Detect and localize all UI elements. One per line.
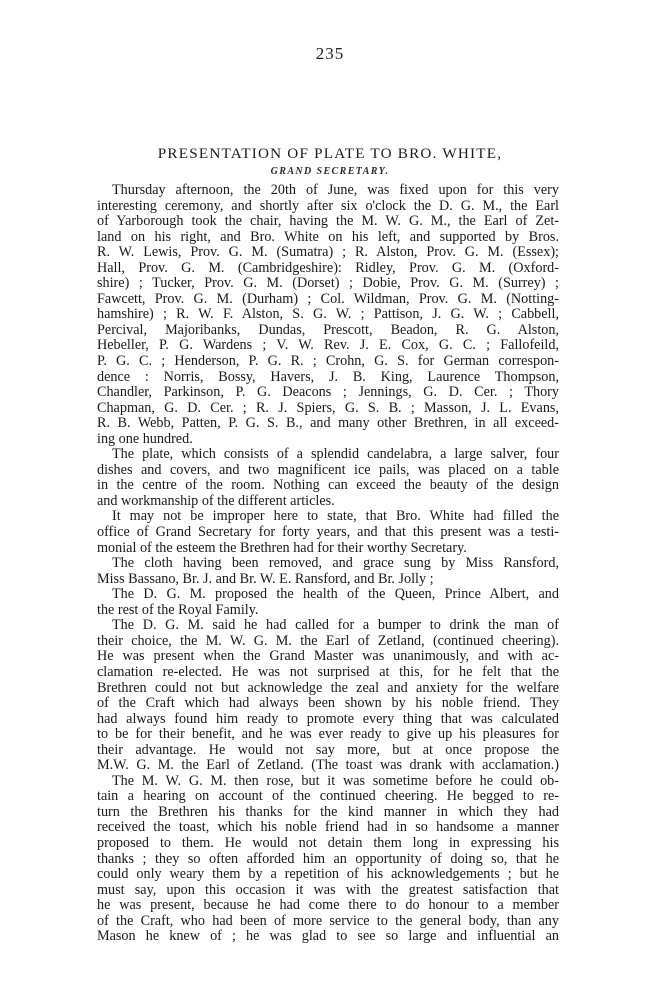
text-line: hamshire) ; R. W. F. Alston, S. G. W. ; … bbox=[97, 307, 559, 323]
text-line: of the Craft which had always been shown… bbox=[97, 696, 559, 712]
text-line: of the Craft, who had been of more servi… bbox=[97, 914, 559, 930]
text-line: office of Grand Secretary for forty year… bbox=[97, 525, 559, 541]
article-title: PRESENTATION OF PLATE TO BRO. WHITE, bbox=[0, 145, 660, 163]
text-line: clamation re-elected. He was not surpris… bbox=[97, 665, 559, 681]
text-line: dishes and covers, and two magnificent i… bbox=[97, 463, 559, 479]
text-line: P. G. C. ; Henderson, P. G. R. ; Crohn, … bbox=[97, 354, 559, 370]
text-line: turn the Brethren his thanks for the kin… bbox=[97, 805, 559, 821]
text-line: The plate, which consists of a splendid … bbox=[97, 447, 559, 463]
text-line: their choice, the M. W. G. M. the Earl o… bbox=[97, 634, 559, 650]
text-line: received the toast, which his noble frie… bbox=[97, 820, 559, 836]
article-subtitle: GRAND SECRETARY. bbox=[0, 166, 660, 177]
text-line: Hebeller, P. G. Wardens ; V. W. Rev. J. … bbox=[97, 338, 559, 354]
text-line: had always found him ready to promote ev… bbox=[97, 712, 559, 728]
text-line: Brethren could not but acknowledge the z… bbox=[97, 681, 559, 697]
text-line: he was present, because he had come ther… bbox=[97, 898, 559, 914]
text-line: land on his right, and Bro. White on his… bbox=[97, 230, 559, 246]
text-line: Chapman, G. D. Cer. ; R. J. Spiers, G. S… bbox=[97, 401, 559, 417]
text-line: It may not be improper here to state, th… bbox=[97, 509, 559, 525]
text-line: Chandler, Parkinson, P. G. Deacons ; Jen… bbox=[97, 385, 559, 401]
text-line: The cloth having been removed, and grace… bbox=[97, 556, 559, 572]
text-line: thanks ; they so often afforded him an o… bbox=[97, 852, 559, 868]
text-line: their advantage. He would not say more, … bbox=[97, 743, 559, 759]
text-line: The M. W. G. M. then rose, but it was so… bbox=[97, 774, 559, 790]
text-line: tain a hearing on account of the continu… bbox=[97, 789, 559, 805]
text-line: Percival, Majoribanks, Dundas, Prescott,… bbox=[97, 323, 559, 339]
text-line: Fawcett, Prov. G. M. (Durham) ; Col. Wil… bbox=[97, 292, 559, 308]
text-line: The D. G. M. proposed the health of the … bbox=[97, 587, 559, 603]
text-line: R. B. Webb, Patten, P. G. S. B., and man… bbox=[97, 416, 559, 432]
text-line: Miss Bassano, Br. J. and Br. W. E. Ransf… bbox=[97, 572, 559, 588]
text-line: M.W. G. M. the Earl of Zetland. (The toa… bbox=[97, 758, 559, 774]
text-line: Thursday afternoon, the 20th of June, wa… bbox=[97, 183, 559, 199]
text-line: the rest of the Royal Family. bbox=[97, 603, 559, 619]
text-line: shire) ; Tucker, Prov. G. M. (Dorset) ; … bbox=[97, 276, 559, 292]
text-line: proposed to them. He would not detain th… bbox=[97, 836, 559, 852]
text-line: He was present when the Grand Master was… bbox=[97, 649, 559, 665]
text-line: R. W. Lewis, Prov. G. M. (Sumatra) ; R. … bbox=[97, 245, 559, 261]
text-line: Hall, Prov. G. M. (Cambridgeshire): Ridl… bbox=[97, 261, 559, 277]
text-line: must say, upon this occasion it was with… bbox=[97, 883, 559, 899]
text-line: in the centre of the room. Nothing can e… bbox=[97, 478, 559, 494]
text-line: could only weary them by a repetition of… bbox=[97, 867, 559, 883]
text-line: monial of the esteem the Brethren had fo… bbox=[97, 541, 559, 557]
text-line: The D. G. M. said he had called for a bu… bbox=[97, 618, 559, 634]
text-line: Mason he knew of ; he was glad to see so… bbox=[97, 929, 559, 945]
text-line: of Yarborough took the chair, having the… bbox=[97, 214, 559, 230]
text-line: interesting ceremony, and shortly after … bbox=[97, 199, 559, 215]
text-line: dence : Norris, Bossy, Havers, J. B. Kin… bbox=[97, 370, 559, 386]
text-line: and workmanship of the different article… bbox=[97, 494, 559, 510]
article-body: Thursday afternoon, the 20th of June, wa… bbox=[97, 183, 559, 945]
page-number: 235 bbox=[0, 44, 660, 64]
text-line: ing one hundred. bbox=[97, 432, 559, 448]
text-line: to be for their benefit, and he was ever… bbox=[97, 727, 559, 743]
